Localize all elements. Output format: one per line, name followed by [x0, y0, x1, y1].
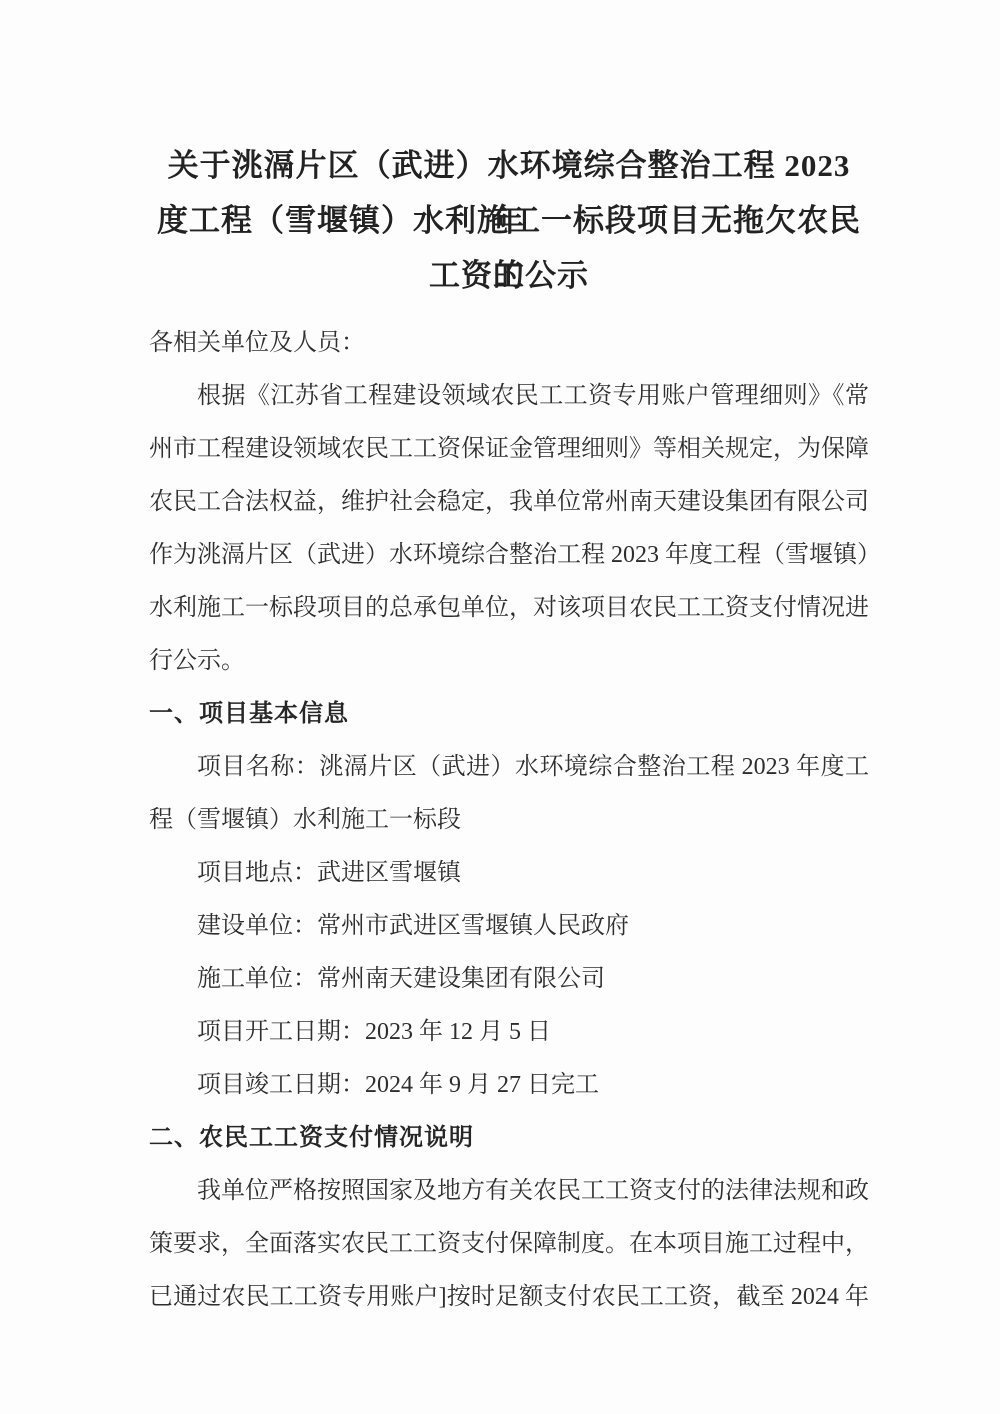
payment-statement-line: 我单位严格按照国家及地方有关农民工工资支付的法律法规和政: [149, 1165, 869, 1218]
project-location-line: 项目地点：武进区雪堰镇: [149, 847, 869, 900]
intro-line: 州市工程建设领域农民工工资保证金管理细则》等相关规定，为保障: [149, 423, 869, 476]
start-date-line: 项目开工日期：2023 年 12 月 5 日: [149, 1006, 869, 1059]
title-line-2: 度工程（雪堰镇）水利施工一标段项目无拖欠农民工: [149, 193, 869, 248]
document-content: 关于洮滆片区（武进）水环境综合整治工程 2023 年 度工程（雪堰镇）水利施工一…: [149, 138, 869, 1324]
section2-heading: 二、农民工工资支付情况说明: [149, 1112, 869, 1165]
completion-date-line: 项目竣工日期：2024 年 9 月 27 日完工: [149, 1059, 869, 1112]
title-line-3: 工资的公示: [149, 248, 869, 303]
project-name-line: 程（雪堰镇）水利施工一标段: [149, 794, 869, 847]
salutation: 各相关单位及人员：: [149, 317, 869, 370]
document-title: 关于洮滆片区（武进）水环境综合整治工程 2023 年 度工程（雪堰镇）水利施工一…: [149, 138, 869, 303]
document-body: 各相关单位及人员： 根据《江苏省工程建设领域农民工工资专用账户管理细则》《常 州…: [149, 317, 869, 1324]
intro-line: 根据《江苏省工程建设领域农民工工资专用账户管理细则》《常: [149, 370, 869, 423]
intro-line: 作为洮滆片区（武进）水环境综合整治工程 2023 年度工程（雪堰镇）: [149, 529, 869, 582]
payment-statement-line: 已通过农民工工资专用账户]按时足额支付农民工工资，截至 2024 年: [149, 1271, 869, 1324]
title-line-1: 关于洮滆片区（武进）水环境综合整治工程 2023 年: [149, 138, 869, 193]
intro-line: 农民工合法权益，维护社会稳定，我单位常州南天建设集团有限公司: [149, 476, 869, 529]
contractor-line: 施工单位：常州南天建设集团有限公司: [149, 953, 869, 1006]
intro-line: 行公示。: [149, 635, 869, 688]
document-page: 关于洮滆片区（武进）水环境综合整治工程 2023 年 度工程（雪堰镇）水利施工一…: [0, 0, 1000, 1414]
project-name-line: 项目名称：洮滆片区（武进）水环境综合整治工程 2023 年度工: [149, 741, 869, 794]
construction-owner-line: 建设单位：常州市武进区雪堰镇人民政府: [149, 900, 869, 953]
intro-line: 水利施工一标段项目的总承包单位，对该项目农民工工资支付情况进: [149, 582, 869, 635]
section1-heading: 一、项目基本信息: [149, 688, 869, 741]
payment-statement-line: 策要求，全面落实农民工工资支付保障制度。在本项目施工过程中，: [149, 1218, 869, 1271]
